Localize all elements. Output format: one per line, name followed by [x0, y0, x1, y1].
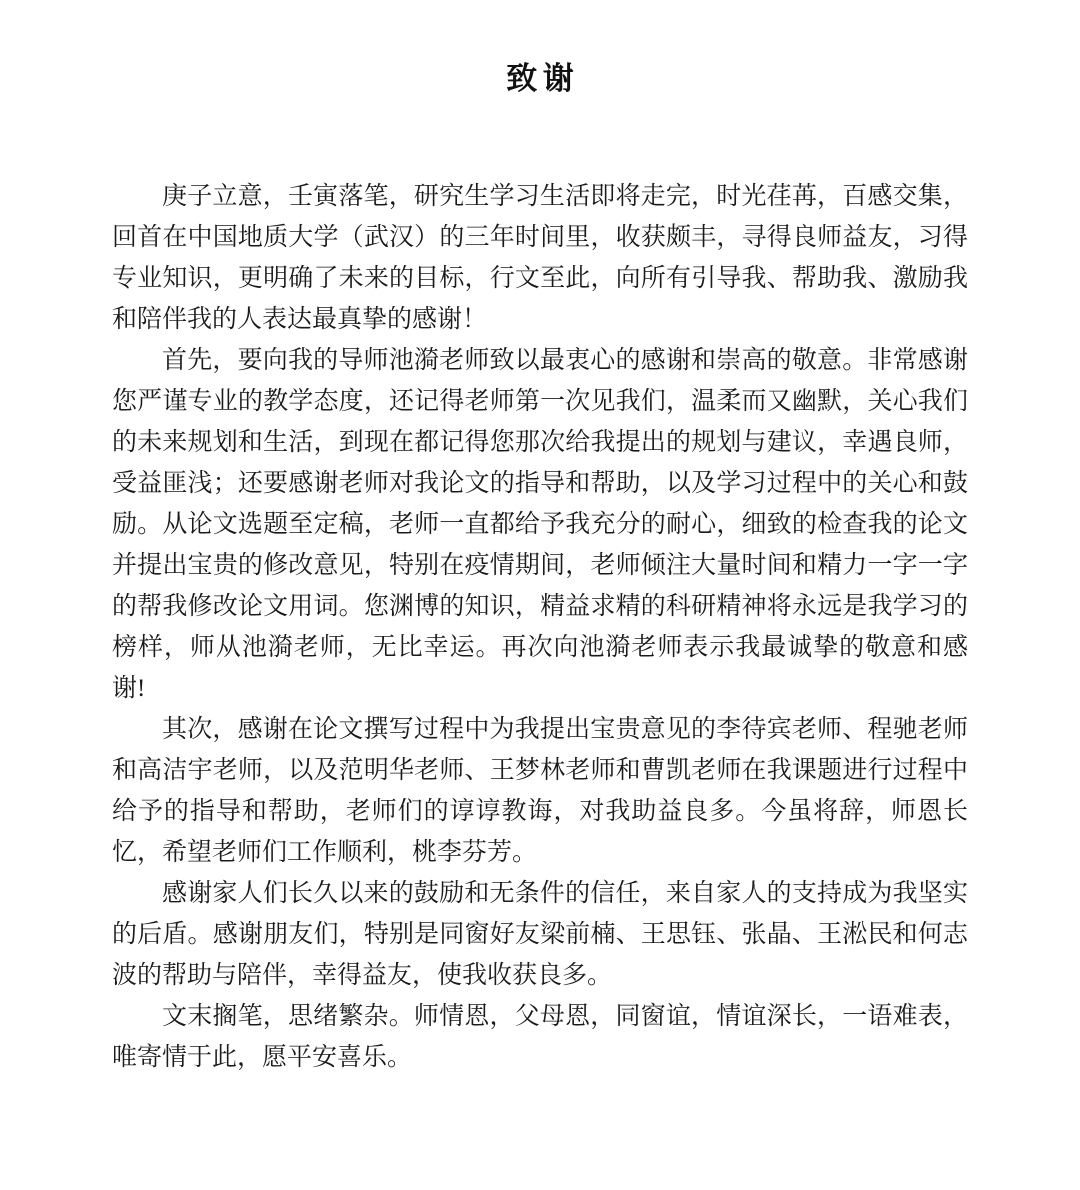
- paragraph-closing: 文末搁笔，思绪繁杂。师情恩，父母恩，同窗谊，情谊深长，一语难表，唯寄情于此，愿平…: [112, 996, 968, 1078]
- paragraph-family-friends-thanks: 感谢家人们长久以来的鼓励和无条件的信任，来自家人的支持成为我坚实的后盾。感谢朋友…: [112, 873, 968, 996]
- paragraph-advisor-thanks: 首先，要向我的导师池漪老师致以最衷心的感谢和崇高的敬意。非常感谢您严谨专业的教学…: [112, 340, 968, 709]
- thesis-acknowledgement-page: 致谢 庚子立意，壬寅落笔，研究生学习生活即将走完，时光荏苒，百感交集，回首在中国…: [0, 0, 1080, 1190]
- acknowledgement-body: 庚子立意，壬寅落笔，研究生学习生活即将走完，时光荏苒，百感交集，回首在中国地质大…: [112, 176, 968, 1078]
- page-title: 致谢: [112, 56, 968, 102]
- paragraph-teachers-thanks: 其次，感谢在论文撰写过程中为我提出宝贵意见的李待宾老师、程驰老师和高洁宇老师，以…: [112, 709, 968, 873]
- paragraph-opening: 庚子立意，壬寅落笔，研究生学习生活即将走完，时光荏苒，百感交集，回首在中国地质大…: [112, 176, 968, 340]
